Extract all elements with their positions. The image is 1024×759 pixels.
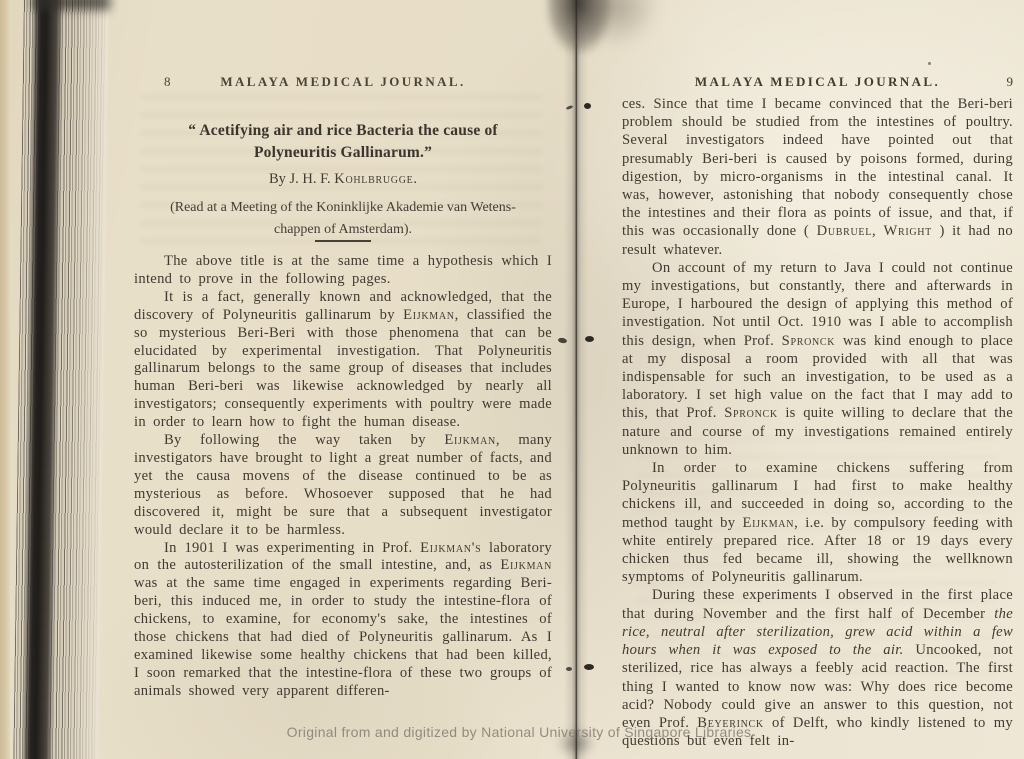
binding-top-smudge bbox=[32, 0, 110, 10]
book-binding-page-edges bbox=[13, 0, 106, 759]
article-title-line2: Polyneuritis Gallinarum.” bbox=[254, 144, 432, 161]
right-page: MALAYA MEDICAL JOURNAL. 9 ces. Since tha… bbox=[622, 0, 1013, 759]
page-number-right: 9 bbox=[1007, 74, 1014, 90]
journal-title-left: MALAYA MEDICAL JOURNAL. bbox=[134, 74, 552, 90]
ink-speck bbox=[584, 103, 591, 109]
table-edge-strip bbox=[0, 0, 10, 759]
left-page: 8 MALAYA MEDICAL JOURNAL. “ Acetifying a… bbox=[134, 0, 552, 759]
running-head-left: 8 MALAYA MEDICAL JOURNAL. bbox=[134, 74, 552, 90]
article-title: “ Acetifying air and rice Bacteria the c… bbox=[134, 120, 552, 164]
presentation-note-line1: (Read at a Meeting of the Koninklijke Ak… bbox=[170, 200, 516, 215]
running-head-right: MALAYA MEDICAL JOURNAL. 9 bbox=[622, 74, 1013, 90]
divider-rule bbox=[315, 240, 371, 242]
ink-speck bbox=[584, 664, 594, 670]
presentation-note: (Read at a Meeting of the Koninklijke Ak… bbox=[134, 197, 552, 241]
book-scan: 8 MALAYA MEDICAL JOURNAL. “ Acetifying a… bbox=[0, 0, 1024, 759]
left-page-body: The above title is at the same time a hy… bbox=[134, 253, 552, 701]
ink-speck bbox=[585, 336, 594, 342]
paragraph: It is a fact, generally known and acknow… bbox=[134, 289, 552, 432]
paragraph: ces. Since that time I became convinced … bbox=[622, 95, 1013, 259]
paragraph: The above title is at the same time a hy… bbox=[134, 253, 552, 289]
presentation-note-line2: chappen of Amsterdam). bbox=[274, 222, 412, 237]
right-page-body: ces. Since that time I became convinced … bbox=[622, 95, 1013, 750]
journal-title-right: MALAYA MEDICAL JOURNAL. bbox=[622, 74, 1013, 90]
article-title-line1: “ Acetifying air and rice Bacteria the c… bbox=[188, 122, 498, 139]
digitization-credit: Original from and digitized by National … bbox=[0, 724, 1024, 740]
byline: By J. H. F. Kohlbrugge. bbox=[134, 171, 552, 188]
paragraph: By following the way taken by Eijkman, m… bbox=[134, 432, 552, 539]
ink-speck bbox=[566, 667, 572, 671]
paragraph: In order to examine chickens suffering f… bbox=[622, 459, 1013, 586]
page-number-left: 8 bbox=[164, 74, 171, 90]
page-gutter-fold bbox=[564, 0, 588, 759]
paragraph: In 1901 I was experimenting in Prof. Eij… bbox=[134, 540, 552, 701]
paragraph: On account of my return to Java I could … bbox=[622, 259, 1013, 459]
